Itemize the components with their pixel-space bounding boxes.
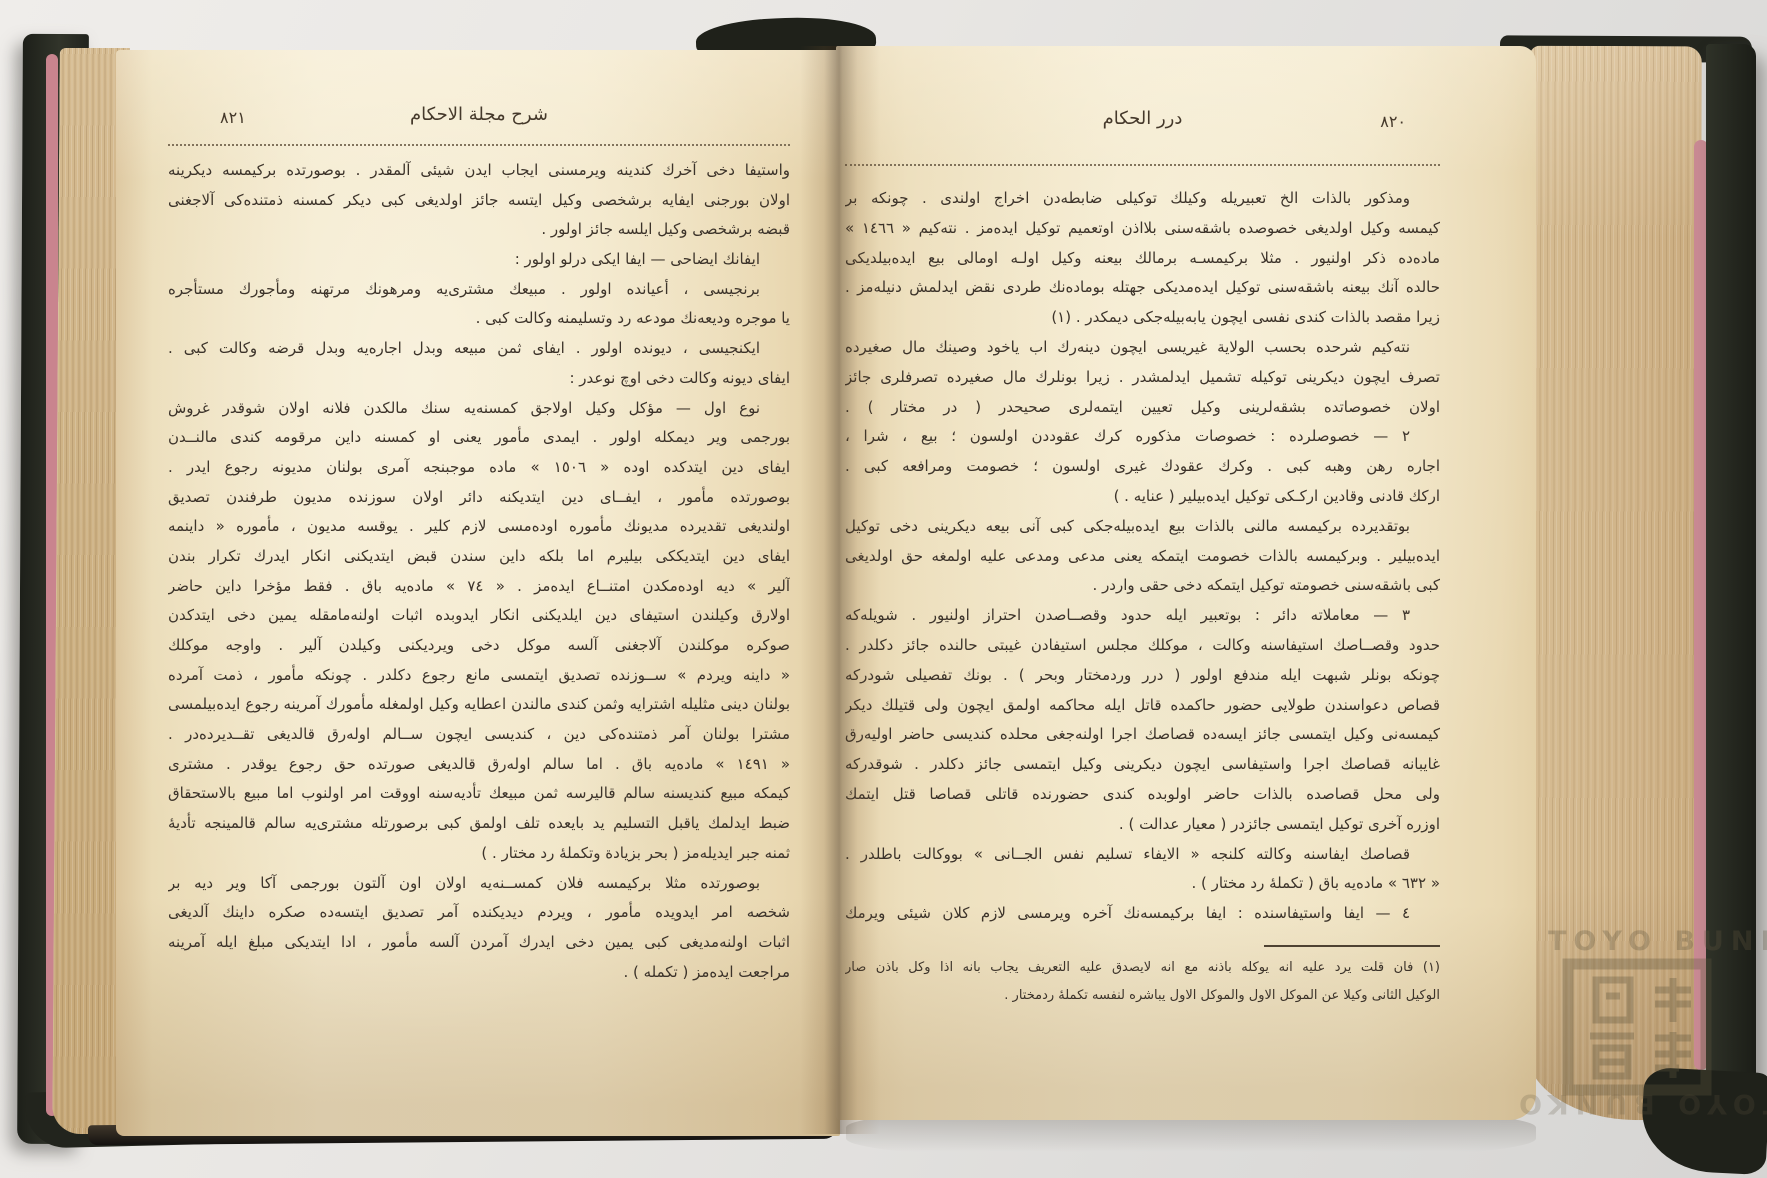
text-line: اولان خصوصاتده بشقه‌لرينى وكيل تعيين ايت… — [845, 393, 1440, 423]
text-line: صوكره موكلندن آلاجغنى آلسه موكل دخى ويرد… — [168, 631, 790, 661]
text-line: ومذكور بالذات الخ تعبيريله وكيلك توكيلى … — [845, 184, 1440, 214]
text-line: « ١٤٩١ » ماده‌يه باق . اما سالم اوله‌رق … — [168, 750, 790, 780]
gutter-shadow — [800, 46, 880, 1134]
right-page-lines: ومذكور بالذات الخ تعبيريله وكيلك توكيلى … — [845, 184, 1440, 929]
text-line: ٤ — ايفا واستيفاسنده : ايفا بركيمسه‌نك آ… — [845, 899, 1440, 929]
text-line: يا موجره وديعه‌نك مودعه رد وتسليمنه وكال… — [168, 304, 790, 334]
text-line: كبى باشقه‌سنى خصومته توكيل ايتمكه دخى حق… — [845, 571, 1440, 601]
text-line: بوصورتده مثلا بركيمسه فلان كمســنه‌يه او… — [168, 869, 790, 899]
text-line: قبضه برشخصى وكيل ايلسه جائز اولور . — [168, 215, 790, 245]
text-line: قصاص دعواسندن طولايى حضور حاكمده قاتل اي… — [845, 691, 1440, 721]
text-line: ولى محل قصاصده بالذات حاضر اولوبده كندى … — [845, 780, 1440, 810]
text-line: (١) فان قلت يرد عليه انه يوكله باذنه مع … — [845, 954, 1440, 982]
text-line: برنجيسى ، أعيانده اولور . مبيعك مشترى‌يه… — [168, 275, 790, 305]
right-page-footnotes: (١) فان قلت يرد عليه انه يوكله باذنه مع … — [845, 954, 1440, 1010]
text-line: اجاره رهن وهبه كبى . وكرك عقودك غيرى اول… — [845, 452, 1440, 482]
text-line: اولنديغى تقديرده مديونك مأموره اوده‌مسى … — [168, 512, 790, 542]
text-line: نوع اول — مؤكل وكيل اولاجق كمسنه‌يه سنك … — [168, 394, 790, 424]
text-line: ايفاى دين ايتديككى بيليرم اما بلكه داين … — [168, 542, 790, 572]
text-line: مشترا بولنان آمر ذمتنده‌كى دين ، كنديسى … — [168, 720, 790, 750]
right-page-header-title: درر الحكام — [845, 108, 1440, 129]
text-line: ايكنجيسى ، ديونده اولور . ايفاى ثمن مبيع… — [168, 334, 790, 364]
left-page-column: ٨٢١ شرح مجلة الاحكام واستيفا دخى آخرك كن… — [168, 50, 790, 1136]
text-line: ايده‌بيلير . وبركيمسه بالذات خصومت ايتمك… — [845, 542, 1440, 572]
text-line: ايفانك ايضاحى — ايفا ايكى درلو اولور : — [168, 245, 790, 275]
text-line: ماده‌ده ذكر اولنيور . مثلا بركيمسـه برما… — [845, 244, 1440, 274]
text-line: ٢ — خصوصلرده : خصوصات مذكوره كرك عقوددن … — [845, 422, 1440, 452]
text-line: بولنان دينى مثليله اشترايه وثمن كندى مال… — [168, 690, 790, 720]
text-line: زيرا مقصد بالذات كندى نفسى ايچون يابه‌بي… — [845, 303, 1440, 333]
text-line: بوصورتده مأمور ، ايفــاى دين ايتديكنه دا… — [168, 483, 790, 513]
text-line: اولان بورجنى ايفايه برشخصى وكيل ايتسه جا… — [168, 186, 790, 216]
text-line: ايفاى ديونه وكالت دخى اوچ نوعدر : — [168, 364, 790, 394]
text-line: ٣ — معاملاته دائر : بوتعبير ايله حدود وق… — [845, 601, 1440, 631]
text-line: كيمسه وكيل اولديغى خصوصده باشقه‌سنى بلاا… — [845, 214, 1440, 244]
text-line: مراجعت ايده‌مز ( تكمله ) . — [168, 958, 790, 988]
text-line: آلير » ديه اوده‌مكدن امتنــاع ايده‌مز . … — [168, 572, 790, 602]
text-line: اوزره آخرى توكيل ايتمسى جائزدر ( معيار ع… — [845, 810, 1440, 840]
left-page-header-title: شرح مجلة الاحكام — [168, 104, 790, 125]
left-page: ٨٢١ شرح مجلة الاحكام واستيفا دخى آخرك كن… — [116, 50, 840, 1136]
text-line: بورجمى وير ديمكله اولور . ايمدى مأمور يع… — [168, 423, 790, 453]
right-header-rule — [845, 164, 1440, 166]
text-line: الوكيل الثانى وكيلا عن الموكل الاول والم… — [845, 982, 1440, 1010]
text-line: اثبات اولنه‌مديغى كبى يمين دخى ايدرك آمر… — [168, 928, 790, 958]
book-photo: ٨٢١ شرح مجلة الاحكام واستيفا دخى آخرك كن… — [0, 0, 1767, 1178]
footnote-rule — [1264, 945, 1440, 947]
left-header-rule — [168, 144, 790, 146]
text-line: نته‌كيم شرحده بحسب الولاية غيريسى ايچون … — [845, 333, 1440, 363]
text-line: تصرف ايچون ديكرينى توكيله تشميل ايدلمشدر… — [845, 363, 1440, 393]
text-line: ايفاى دين ايتدكده اوده « ١٥٠٦ » ماده موج… — [168, 453, 790, 483]
text-line: ضبط ايدلمك ياقبل التسليم يد بايعده تلف ا… — [168, 809, 790, 839]
text-line: شخصه امر ايدويده مأمور ، ويردم ديديكنده … — [168, 898, 790, 928]
text-line: بوتقديرده بركيمسه مالنى بالذات بيع ايده‌… — [845, 512, 1440, 542]
text-line: واستيفا دخى آخرك كندينه ويرمسنى ايجاب اي… — [168, 156, 790, 186]
text-line: كيمسه‌نى وكيل ايتمسى جائز ايسه‌ده قصاصك … — [845, 720, 1440, 750]
toyo-bunko-seal-icon — [1560, 956, 1714, 1102]
text-line: « داينه ويردم » ســوزنده تصديق ايتمسى ما… — [168, 661, 790, 691]
text-line: اولارق وكيلندن استيفاى دين ايلديكنى انكا… — [168, 601, 790, 631]
right-page-column: ٨٢٠ درر الحكام ومذكور بالذات الخ تعبيريل… — [845, 46, 1440, 1120]
text-line: غايبانه قصاصك اجرا واستيفاسى ايچون ديكري… — [845, 750, 1440, 780]
text-line: ثمنه جبر ايديله‌مز ( بحر بزيادة وتكملهٔ … — [168, 839, 790, 869]
text-line: « ٦٣٢ » ماده‌يه باق ( تكملهٔ رد مختار ) … — [845, 869, 1440, 899]
text-line: كيمكه مبيع كنديسنه سالم قاليرسه ثمن مبيع… — [168, 779, 790, 809]
left-page-lines: واستيفا دخى آخرك كندينه ويرمسنى ايجاب اي… — [168, 156, 790, 987]
right-page: ٨٢٠ درر الحكام ومذكور بالذات الخ تعبيريل… — [836, 46, 1536, 1120]
text-line: قصاصك ايفاسنه وكالته كلنجه « الايفاء تسل… — [845, 840, 1440, 870]
text-line: حدود وقصــاصك استيفاسنه وكالت ، موكلك مج… — [845, 631, 1440, 661]
text-line: اركك قادنى وقادين اركـكى توكيل ايده‌بيلي… — [845, 482, 1440, 512]
text-line: حالده آنك بيعنه باشقه‌سنى توكيل ايده‌مدي… — [845, 273, 1440, 303]
text-line: چونكه بونلر شبهت ايله مندفع اولور ( درر … — [845, 661, 1440, 691]
